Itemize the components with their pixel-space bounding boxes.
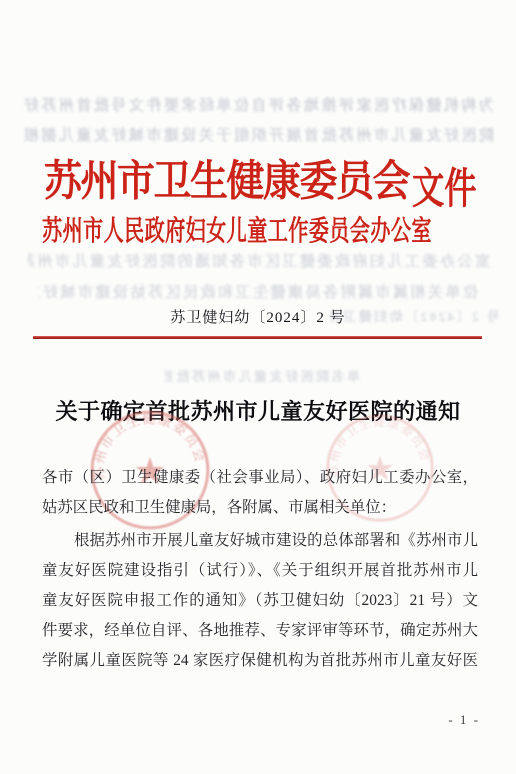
body-line: 根据苏州市开展儿童友好城市建设的总体部署和《苏州市儿: [42, 526, 478, 556]
document-body: 各市（区）卫生健康委（社会事业局）、政府妇儿工委办公室， 姑苏区民政和卫生健康局…: [42, 463, 478, 676]
document-word: 文件: [412, 154, 477, 216]
bleedthrough-text: 为构机健保疗医家评推地各评自位单经求要件文号批首州苏好: [24, 94, 494, 115]
body-line: 姑苏区民政和卫生健康局，各附属、市属相关单位：: [42, 493, 478, 523]
document-number: 苏卫健妇幼〔2024〕2 号: [0, 306, 516, 327]
document-title: 关于确定首批苏州市儿童友好医院的通知: [0, 395, 516, 426]
body-line: 件要求，经单位自评、各地推荐、专家评审等环节，确定苏州大: [42, 616, 478, 646]
bleedthrough-text: 单名院医好友童儿市州苏批首：件附: [165, 366, 360, 385]
body-line: 童友好医院申报工作的通知》（苏卫健妇幼〔2023〕21 号）文: [42, 586, 478, 616]
body-line: 学附属儿童医院等 24 家医疗保健机构为首批苏州市儿童友好医: [42, 646, 478, 676]
letterhead-line1: 苏州市卫生健康委员会 文件: [44, 146, 488, 208]
issuing-org-name: 苏州市卫生健康委员会: [44, 146, 409, 208]
document-page: 为构机健保疗医家评推地各评自位单经求要件文号批首州苏好 院医好友童儿市州苏批首展…: [0, 0, 516, 774]
co-issuing-org-name: 苏州市人民政府妇女儿童工作委员会办公室: [42, 209, 432, 249]
red-divider-line: [33, 336, 482, 339]
bleedthrough-text: 位单关相属市属附各局康健生卫和政民区苏姑设建市城好友童: [38, 281, 478, 302]
bleedthrough-text: 室公办委工儿妇府政委健卫区市各知通的院医好友童儿市州苏: [28, 250, 490, 271]
body-line: 各市（区）卫生健康委（社会事业局）、政府妇儿工委办公室，: [42, 463, 478, 493]
page-number: - 1 -: [448, 712, 480, 728]
bleedthrough-text: 院医好友童儿市州苏批首展开织组于关设建市城好友童儿据根: [24, 124, 494, 145]
body-line: 童友好医院建设指引（试行）》、《关于组织开展首批苏州市儿: [42, 556, 478, 586]
